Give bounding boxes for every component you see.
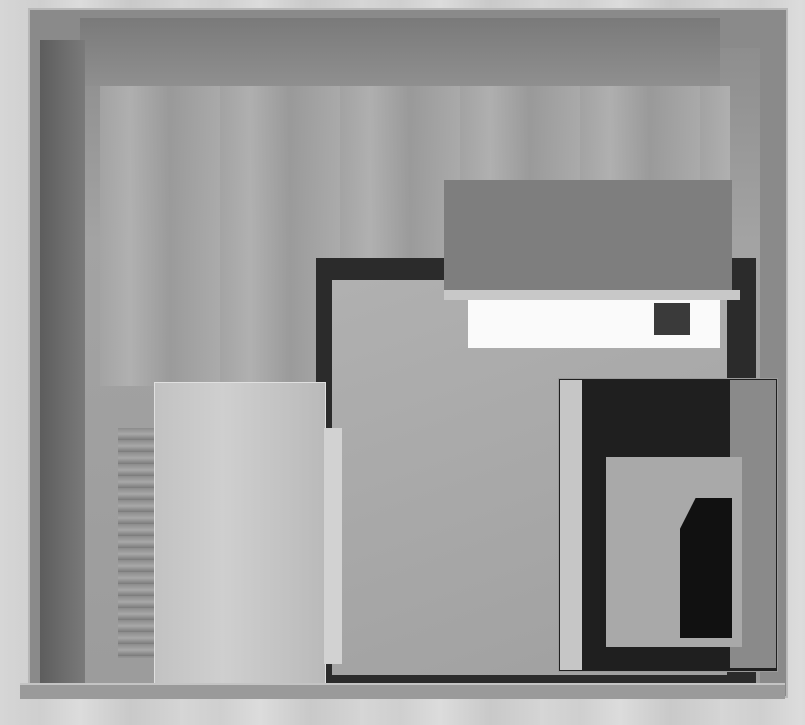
- wood-strip: [118, 428, 158, 658]
- photo-scene: [0, 0, 805, 725]
- gray-box-lip: [444, 290, 740, 300]
- dark-square: [654, 303, 690, 335]
- gray-textured-box: [444, 180, 732, 292]
- left-metal-plate: [154, 382, 326, 686]
- tray-top-wall: [80, 18, 720, 86]
- open-box-side: [560, 380, 582, 670]
- thin-plate: [324, 428, 342, 664]
- tray-left-wall: [40, 40, 85, 690]
- tray-bottom-rail: [20, 683, 785, 699]
- inner-dark-shape: [680, 498, 732, 638]
